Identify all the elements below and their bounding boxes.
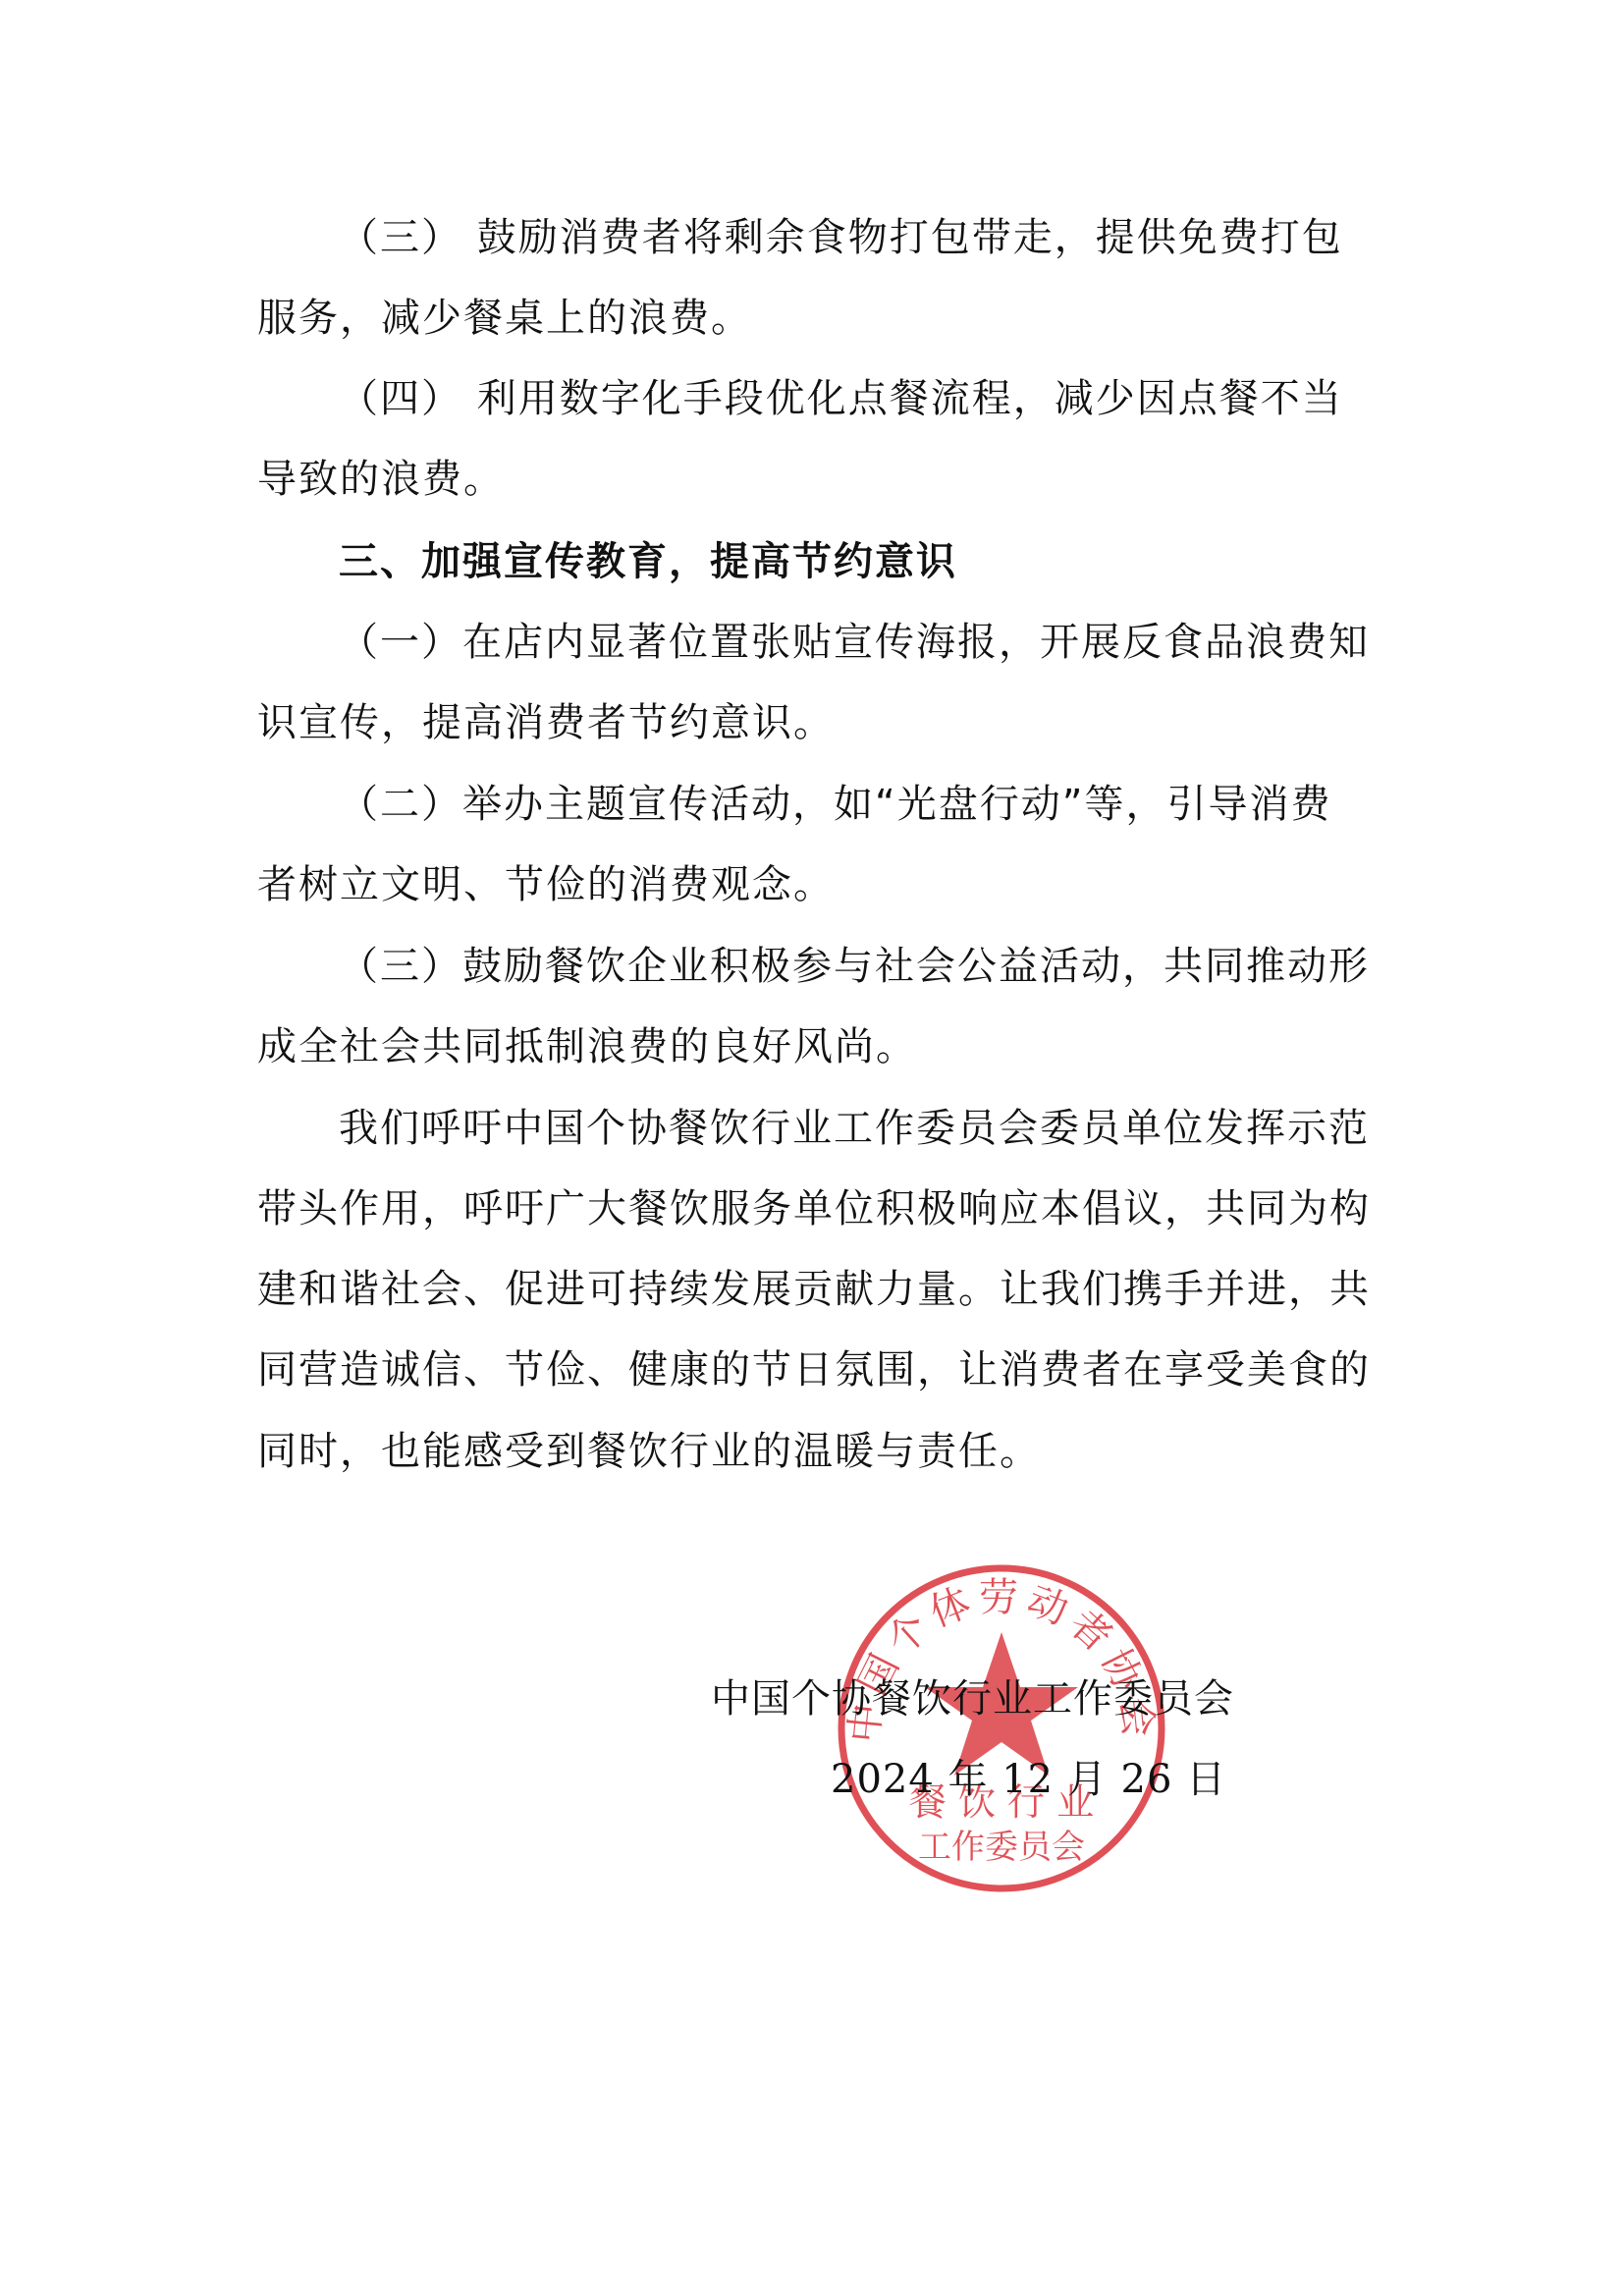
paragraph-line: 成全社会共同抵制浪费的良好风尚。: [257, 1023, 917, 1070]
document-page: （三） 鼓励消费者将剩余食物打包带走，提供免费打包 服务，减少餐桌上的浪费。 （…: [0, 0, 1624, 2296]
paragraph-line: 建和谐社会、促进可持续发展贡献力量。让我们携手并进，共: [257, 1266, 1371, 1313]
paragraph-line: 同营造诚信、节俭、健康的节日氛围，让消费者在享受美食的: [257, 1346, 1371, 1394]
paragraph-line: 带头作用，呼吁广大餐饮服务单位积极响应本倡议，共同为构: [257, 1185, 1371, 1232]
svg-text:工作委员会: 工作委员会: [918, 1828, 1085, 1867]
paragraph-line: （一）在店内显著位置张贴宣传海报，开展反食品浪费知: [339, 619, 1370, 666]
paragraph-line: （三）鼓励餐饮企业积极参与社会公益活动，共同推动形: [339, 943, 1370, 990]
paragraph-line: （四） 利用数字化手段优化点餐流程，减少因点餐不当: [339, 375, 1343, 422]
paragraph-line: （二）举办主题宣传活动，如“光盘行动”等，引导消费: [339, 781, 1331, 828]
paragraph-line: 我们呼吁中国个协餐饮行业工作委员会委员单位发挥示范: [339, 1105, 1370, 1152]
signature-date: 2024 年 12 月 26 日: [831, 1756, 1226, 1803]
paragraph-line: 导致的浪费。: [257, 456, 505, 503]
paragraph-line: 者树立文明、节俭的消费观念。: [257, 861, 835, 908]
paragraph-line: 识宣传，提高消费者节约意识。: [257, 699, 835, 746]
signature-organization: 中国个协餐饮行业工作委员会: [711, 1675, 1234, 1722]
paragraph-line: 服务，减少餐桌上的浪费。: [257, 295, 752, 342]
official-seal-stamp: 中国个体劳动者协会 餐 饮 行 业 工作委员会: [835, 1561, 1168, 1895]
paragraph-line: （三） 鼓励消费者将剩余食物打包带走，提供免费打包: [339, 214, 1343, 261]
section-heading: 三、加强宣传教育，提高节约意识: [339, 538, 957, 585]
paragraph-line: 同时，也能感受到餐饮行业的温暖与责任。: [257, 1428, 1041, 1475]
